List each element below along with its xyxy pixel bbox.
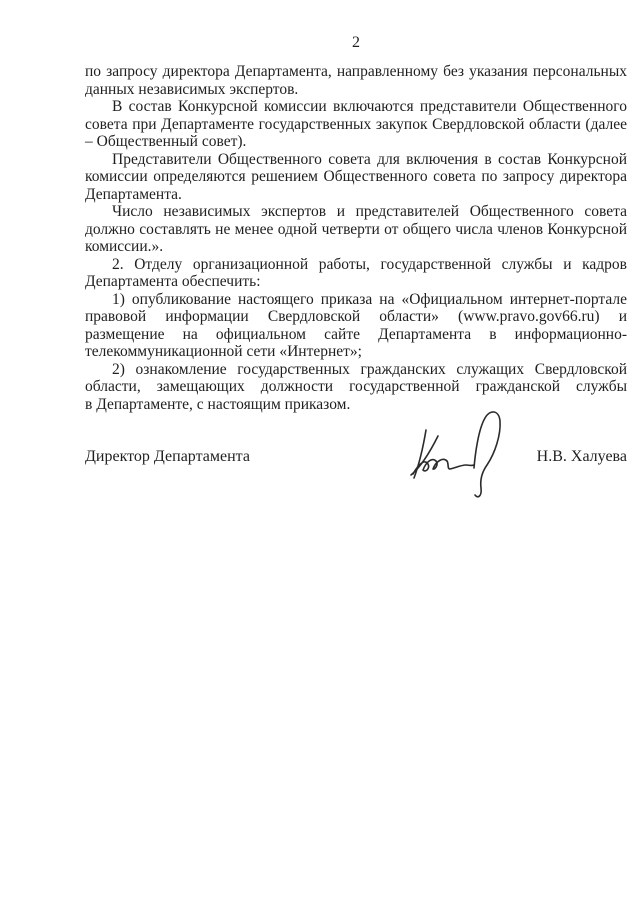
document-body: по запросу директора Департамента, напра… xyxy=(85,63,627,413)
signature-icon xyxy=(403,406,511,506)
text-line: Департамента. xyxy=(85,186,627,204)
text-line: 2) ознакомление государственных гражданс… xyxy=(85,361,627,379)
paragraph: 2. Отделу организационной работы, госуда… xyxy=(85,256,627,291)
text-line: данных независимых экспертов. xyxy=(85,81,627,99)
text-line: телекоммуникационной сети «Интернет»; xyxy=(85,343,627,361)
text-line: 2. Отделу организационной работы, госуда… xyxy=(85,256,627,274)
document-page: 2 по запросу директора Департамента, нап… xyxy=(0,0,640,905)
paragraph: В состав Конкурсной комиссии включаются … xyxy=(85,98,627,151)
paragraph: по запросу директора Департамента, напра… xyxy=(85,63,627,98)
text-line: размещение на официальном сайте Департам… xyxy=(85,326,627,344)
text-line: – Общественный совет). xyxy=(85,133,627,151)
text-line: совета при Департаменте государственных … xyxy=(85,116,627,134)
text-line: комиссии.». xyxy=(85,238,627,256)
text-line: Число независимых экспертов и представит… xyxy=(85,203,627,221)
signer-name: Н.В. Халуева xyxy=(537,448,627,466)
paragraph: 2) ознакомление государственных гражданс… xyxy=(85,361,627,414)
paragraph: Представители Общественного совета для в… xyxy=(85,151,627,204)
text-line: В состав Конкурсной комиссии включаются … xyxy=(85,98,627,116)
paragraph: Число независимых экспертов и представит… xyxy=(85,203,627,256)
director-title: Директор Департамента xyxy=(85,448,250,466)
text-line: правовой информации Свердловской области… xyxy=(85,308,627,326)
text-line: комиссии определяются решением Обществен… xyxy=(85,168,627,186)
text-line: в Департаменте, с настоящим приказом. xyxy=(85,396,627,414)
paragraph: 1) опубликование настоящего приказа на «… xyxy=(85,291,627,361)
text-line: по запросу директора Департамента, напра… xyxy=(85,63,627,81)
text-line: области, замещающих должности государств… xyxy=(85,378,627,396)
text-line: Представители Общественного совета для в… xyxy=(85,151,627,169)
text-line: Департамента обеспечить: xyxy=(85,273,627,291)
text-line: должно составлять не менее одной четверт… xyxy=(85,221,627,239)
page-number: 2 xyxy=(85,34,627,52)
text-line: 1) опубликование настоящего приказа на «… xyxy=(85,291,627,309)
